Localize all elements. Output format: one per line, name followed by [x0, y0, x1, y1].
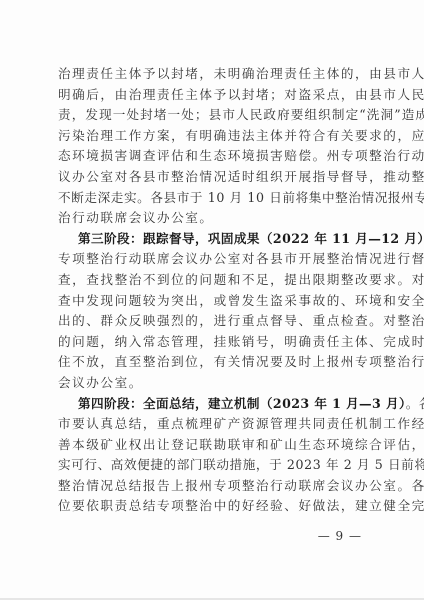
text-line: 不断走深走实。各县市于 10 月 10 日前将集中整治情况报州专项整 — [58, 188, 362, 209]
text-line: 位要依职责总结专项整治中的好经验、好做法，建立健全完善民用 — [58, 496, 362, 517]
text-line: 污染治理工作方案，有明确违法主体并符合有关要求的，应开展生 — [58, 126, 362, 147]
stage-4-title: 第四阶段：全面总结，建立机制（2023 年 1 月—3 月） — [78, 396, 406, 411]
text-line: 查中发现问题较为突出，或曾发生盗采事故的、环境和安全问题突 — [58, 291, 362, 312]
text-line: 出的、群众反映强烈的，进行重点督导、重点检查。对整治未到位 — [58, 311, 362, 332]
text-line: 实可行、高效便捷的部门联动措施，于 2023 年 2 月 5 日前将各县市 — [58, 455, 362, 476]
text-line: 责，发现一处封堵一处；县市人民政府要组织制定“洗洞”造成的环境 — [58, 105, 362, 126]
text-line: 专项整治行动联席会议办公室对各县市开展整治情况进行督导检 — [58, 249, 362, 270]
stage-3-title: 第三阶段：跟踪督导，巩固成果（2022 年 11 月—12 月） — [78, 231, 424, 246]
section-heading-stage-4: 第四阶段：全面总结，建立机制（2023 年 1 月—3 月）。各县 — [58, 394, 362, 415]
text-line: 善本级矿业权出让登记联勘联审和矿山生态环境综合评估，制定切 — [58, 435, 362, 456]
text-line: 的问题，纳入常态管理，挂账销号，明确责任主体、完成时限，盯 — [58, 332, 362, 353]
text-line: 态环境损害调查评估和生态环境损害赔偿。州专项整治行动联席会 — [58, 146, 362, 167]
page-number: — 9 — — [314, 529, 362, 543]
body-text: 治理责任主体予以封堵，未明确治理责任主体的，由县市人民政府 明确后，由治理责任主… — [58, 64, 362, 517]
section-heading-stage-3: 第三阶段：跟踪督导，巩固成果（2022 年 11 月—12 月）。州 — [58, 229, 362, 250]
text-line: 市要认真总结，重点梳理矿产资源管理共同责任机制工作经验，完 — [58, 414, 362, 435]
stage-4-continuation: 。各县 — [406, 396, 424, 411]
text-line: 治行动联席会议办公室。 — [58, 208, 362, 229]
text-line: 治理责任主体予以封堵，未明确治理责任主体的，由县市人民政府 — [58, 64, 362, 85]
text-line: 议办公室对各县市整治情况适时组织开展指导督导，推动整治工作 — [58, 167, 362, 188]
text-line: 会议办公室。 — [58, 373, 362, 394]
text-line: 查，查找整治不到位的问题和不足，提出限期整改要求。对督导检 — [58, 270, 362, 291]
text-line: 明确后，由治理责任主体予以封堵；对盗采点，由县市人民政府负 — [58, 85, 362, 106]
text-line: 整治情况总结报告上报州专项整治行动联席会议办公室。各成员单 — [58, 476, 362, 497]
document-page: 治理责任主体予以封堵，未明确治理责任主体的，由县市人民政府 明确后，由治理责任主… — [0, 0, 424, 600]
text-line: 住不放，直至整治到位，有关情况要及时上报州专项整治行动联席 — [58, 352, 362, 373]
